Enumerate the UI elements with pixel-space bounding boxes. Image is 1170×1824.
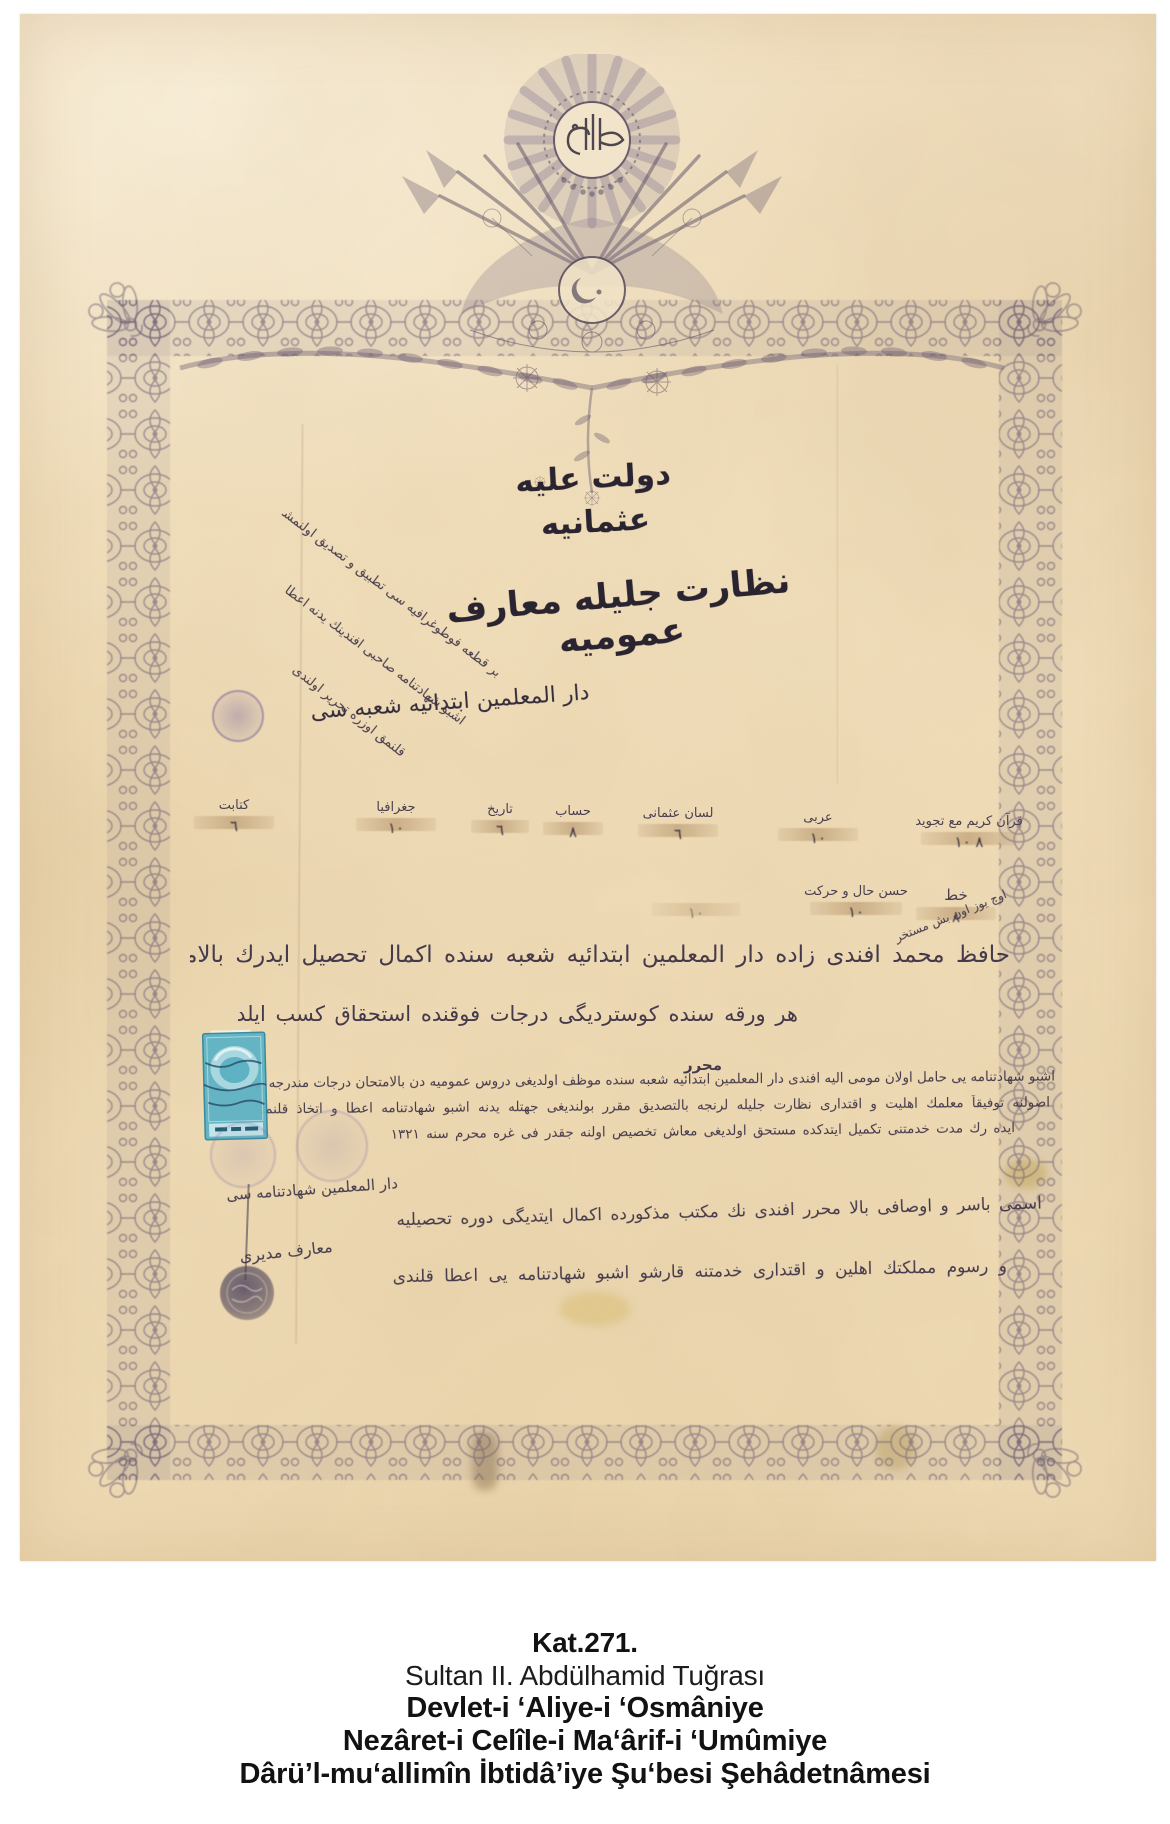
- caption-line-state: Devlet-i ‘Aliye-i ‘Osmâniye: [0, 1692, 1170, 1725]
- grade-bar: ١٠: [778, 828, 858, 841]
- official-round-seal: [220, 1266, 274, 1320]
- grade-cell: لسان عثمانی ٦: [622, 806, 734, 837]
- catalog-number: Kat.271.: [0, 1626, 1170, 1659]
- grade-bar: ٦: [638, 824, 718, 837]
- star-icon: [597, 290, 602, 295]
- grade-bar: ١٠: [356, 818, 436, 831]
- grade-cell: كتابت ٦: [178, 798, 290, 829]
- faint-round-seal-2: [296, 1110, 368, 1182]
- certificate-photo: دولت عليه عثمانيه نظارت جليله معارف عموم…: [20, 14, 1156, 1561]
- grade-bar: ٦: [471, 820, 529, 833]
- grade-cell: قرآن كريم مع تجويد ٨ ١٠: [913, 814, 1025, 845]
- body-line-main: حافظ محمد افندی زاده دار المعلمين ابتدائ…: [190, 942, 1010, 968]
- order-medals: [470, 321, 714, 352]
- grade-cell: عربی ١٠: [762, 810, 874, 841]
- seal-script: [220, 1266, 274, 1320]
- grade-bar: ١٠: [810, 902, 902, 915]
- grade-bar: ٦: [194, 816, 274, 829]
- faint-round-seal: [210, 1122, 276, 1188]
- grade-cell: تاريخ ٦: [444, 802, 556, 833]
- catalog-page: { "caption": { "catalog_no": "Kat.271.",…: [0, 0, 1170, 1824]
- body-line-second: هر ورقه سنده كوسترديگی درجات فوقنده استح…: [238, 1002, 798, 1026]
- grade-bar: ٨ ١٠: [921, 832, 1017, 845]
- grade-cell: ١٠: [640, 900, 752, 916]
- round-seal-small: [212, 690, 264, 742]
- caption: Kat.271. Sultan II. Abdülhamid Tuğrası D…: [0, 1626, 1170, 1791]
- caption-line-ministry: Nezâret-i Celîle-i Ma‘ârif-i ‘Umûmiye: [0, 1725, 1170, 1758]
- ottoman-coat-of-arms: [140, 54, 1044, 524]
- caption-line-school: Dârü’l-mu‘allimîn İbtidâ’iye Şu‘besi Şeh…: [0, 1758, 1170, 1791]
- shield: [559, 257, 625, 323]
- grade-cell: جغرافيا ١٠: [340, 800, 452, 831]
- grade-cell: حسن حال و حركت ١٠: [800, 884, 912, 915]
- calligraphy-state: دولت عليه عثمانيه: [467, 450, 723, 583]
- grade-bar: ١٠: [652, 903, 740, 916]
- caption-line-tugra: Sultan II. Abdülhamid Tuğrası: [0, 1659, 1170, 1692]
